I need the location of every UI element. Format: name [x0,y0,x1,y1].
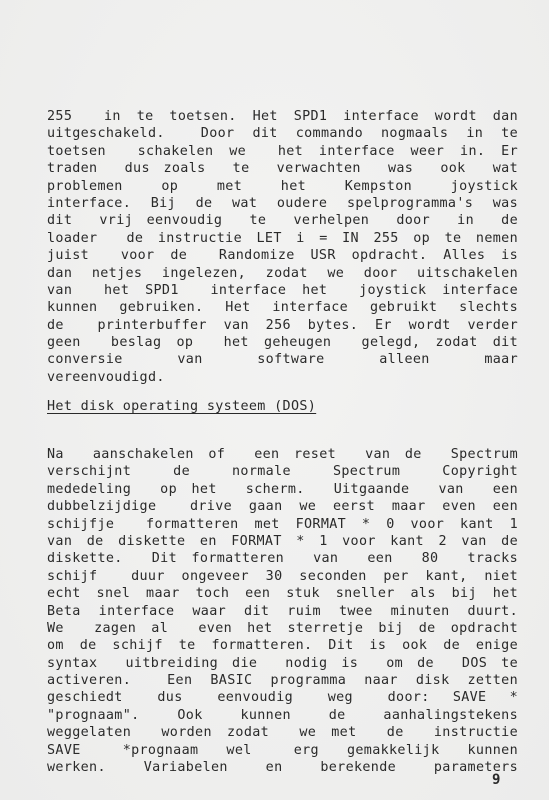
text-line: kunnen gebruiken. Het interface gebruikt… [47,299,518,316]
text-line: verschijnt de normale Spectrum Copyright [47,463,518,480]
scanned-page: 255 in te toetsen. Het SPD1 interface wo… [0,0,549,800]
text-line: dubbelzijdige drive gaan we eerst maar e… [47,498,518,515]
text-line: uitgeschakeld. Door dit commando nogmaal… [47,125,518,142]
text-line: om de schijf te formatteren. Dit is ook … [47,637,518,654]
text-line: "prognaam". Ook kunnen de aanhalingsteke… [47,707,518,724]
text-line: conversie van software alleen maar [47,351,518,368]
text-line: de printerbuffer van 256 bytes. Er wordt… [47,317,518,334]
text-line: toetsen schakelen we het interface weer … [47,143,518,160]
text-line: activeren. Een BASIC programma naar disk… [47,672,518,689]
text-line: Na aanschakelen of een reset van de Spec… [47,446,518,463]
text-line: dan netjes ingelezen, zodat we door uits… [47,265,518,282]
text-line: werken. Variabelen en berekende paramete… [47,759,518,776]
text-line: loader de instructie LET i = IN 255 op t… [47,230,518,247]
text-line: interface. Bij de wat oudere spelprogram… [47,195,518,212]
text-line: weggelaten worden zodat we met de instru… [47,724,518,741]
text-line: Beta interface waar dit ruim twee minute… [47,603,518,620]
text-line: vereenvoudigd. [47,369,518,386]
text-line: geen beslag op het geheugen gelegd, zoda… [47,334,518,351]
text-line: mededeling op het scherm. Uitgaande van … [47,481,518,498]
text-line: van het SPD1 interface het joystick inte… [47,282,518,299]
text-line: echt snel maar toch een stuk sneller als… [47,585,518,602]
paragraph-dos: Na aanschakelen of een reset van de Spec… [47,446,518,776]
text-line: traden dus zoals te verwachten was ook w… [47,160,518,177]
section-heading: Het disk operating systeem (DOS) [47,398,316,415]
text-line: geschiedt dus eenvoudig weg door: SAVE * [47,689,518,706]
page-number: 9 [492,772,500,789]
text-line: schijf duur ongeveer 30 seconden per kan… [47,568,518,585]
text-line: syntax uitbreiding die nodig is om de DO… [47,655,518,672]
text-line: dit vrij eenvoudig te verhelpen door in … [47,212,518,229]
text-line: schijfje formatteren met FORMAT * 0 voor… [47,516,518,533]
text-line: diskette. Dit formatteren van een 80 tra… [47,550,518,567]
text-line: 255 in te toetsen. Het SPD1 interface wo… [47,108,518,125]
text-line: We zagen al even het sterretje bij de op… [47,620,518,637]
paragraph-spd1-interface: 255 in te toetsen. Het SPD1 interface wo… [47,108,518,386]
text-line: SAVE *prognaam wel erg gemakkelijk kunne… [47,742,518,759]
text-line: van de diskette en FORMAT * 1 voor kant … [47,533,518,550]
text-line: juist voor de Randomize USR opdracht. Al… [47,247,518,264]
text-line: problemen op met het Kempston joystick [47,178,518,195]
